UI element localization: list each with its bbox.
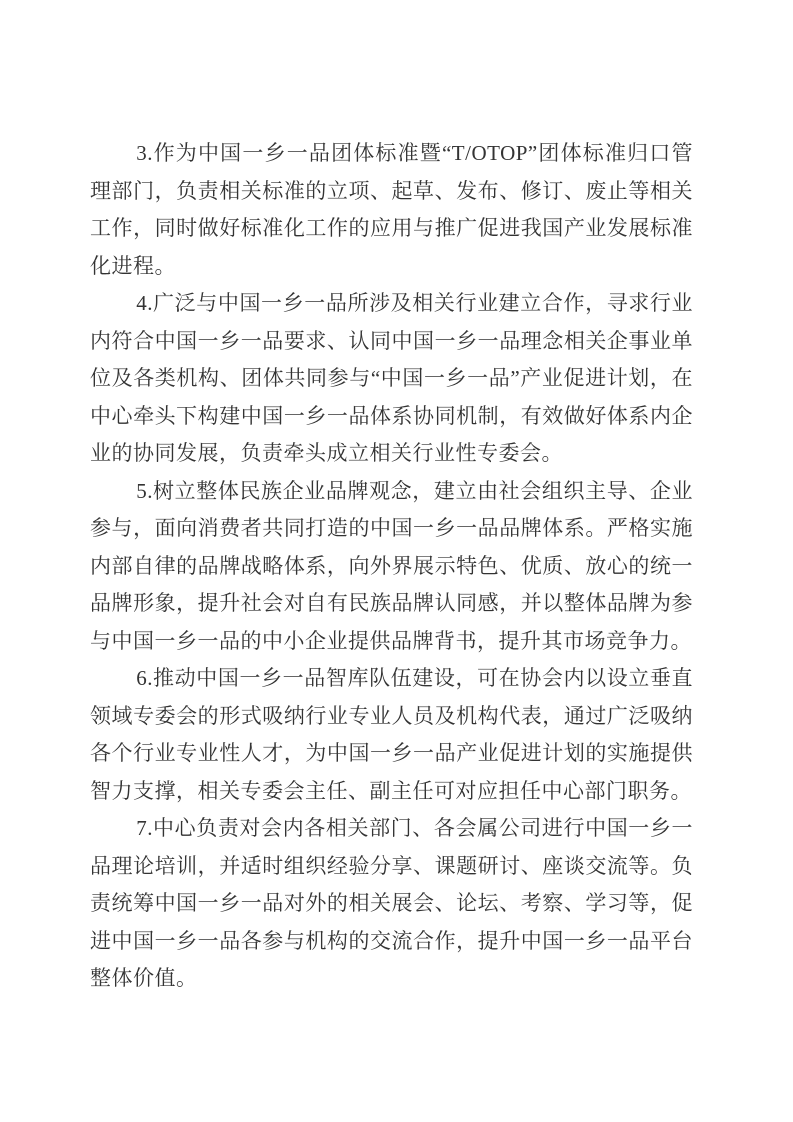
paragraph-item-5: 5.树立整体民族企业品牌观念，建立由社会组织主导、企业参与，面向消费者共同打造的… xyxy=(90,473,693,661)
paragraph-item-3: 3.作为中国一乡一品团体标准暨“T/OTOP”团体标准归口管理部门，负责相关标准… xyxy=(90,135,693,285)
document-body: 3.作为中国一乡一品团体标准暨“T/OTOP”团体标准归口管理部门，负责相关标准… xyxy=(90,135,693,998)
paragraph-item-7: 7.中心负责对会内各相关部门、各会属公司进行中国一乡一品理论培训，并适时组织经验… xyxy=(90,810,693,998)
paragraph-item-4: 4.广泛与中国一乡一品所涉及相关行业建立合作，寻求行业内符合中国一乡一品要求、认… xyxy=(90,285,693,473)
paragraph-item-6: 6.推动中国一乡一品智库队伍建设，可在协会内以设立垂直领域专委会的形式吸纳行业专… xyxy=(90,660,693,810)
document-page: 3.作为中国一乡一品团体标准暨“T/OTOP”团体标准归口管理部门，负责相关标准… xyxy=(0,0,793,1122)
